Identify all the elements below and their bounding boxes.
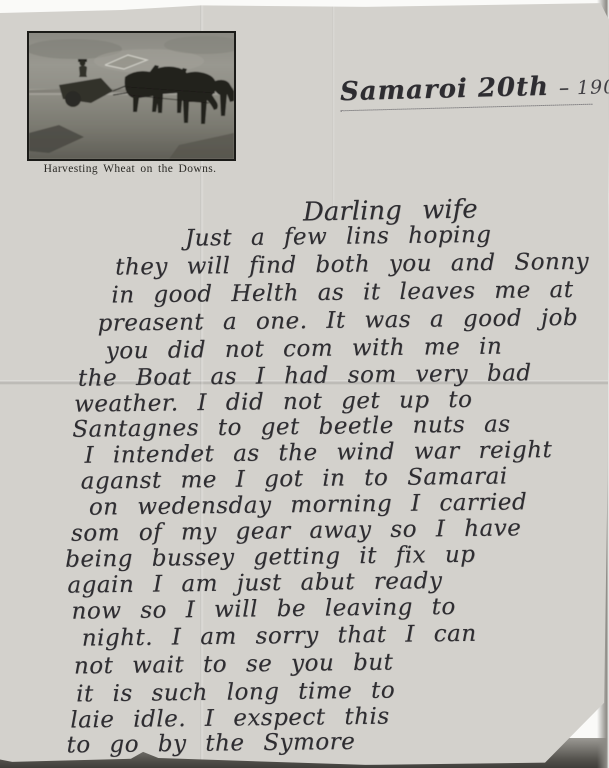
letter-line: they will find both you and Sonny: [115, 249, 589, 281]
letter-line: now so I will be leaving to: [71, 594, 455, 625]
letter-line: Just a few lins hoping: [185, 222, 492, 252]
letter-page: Harvesting Wheat on the Downs. Samaroi 2…: [0, 0, 609, 768]
letter-body: Just a few lins hoping they will find bo…: [0, 0, 609, 768]
letter-line: in good Helth as it leaves me at: [111, 277, 573, 309]
letter-line: it is such long time to: [76, 678, 395, 708]
letter-line: not wait to se you but: [74, 650, 394, 680]
letter-line: preasent a one. It was a good job: [97, 305, 578, 337]
letter-line: night. I am sorry that I can: [82, 621, 477, 652]
letter-line: to go by the Symore: [66, 729, 355, 759]
letter-line: you did not com with me in: [106, 334, 503, 365]
scanner-background: Harvesting Wheat on the Downs. Samaroi 2…: [0, 0, 609, 768]
